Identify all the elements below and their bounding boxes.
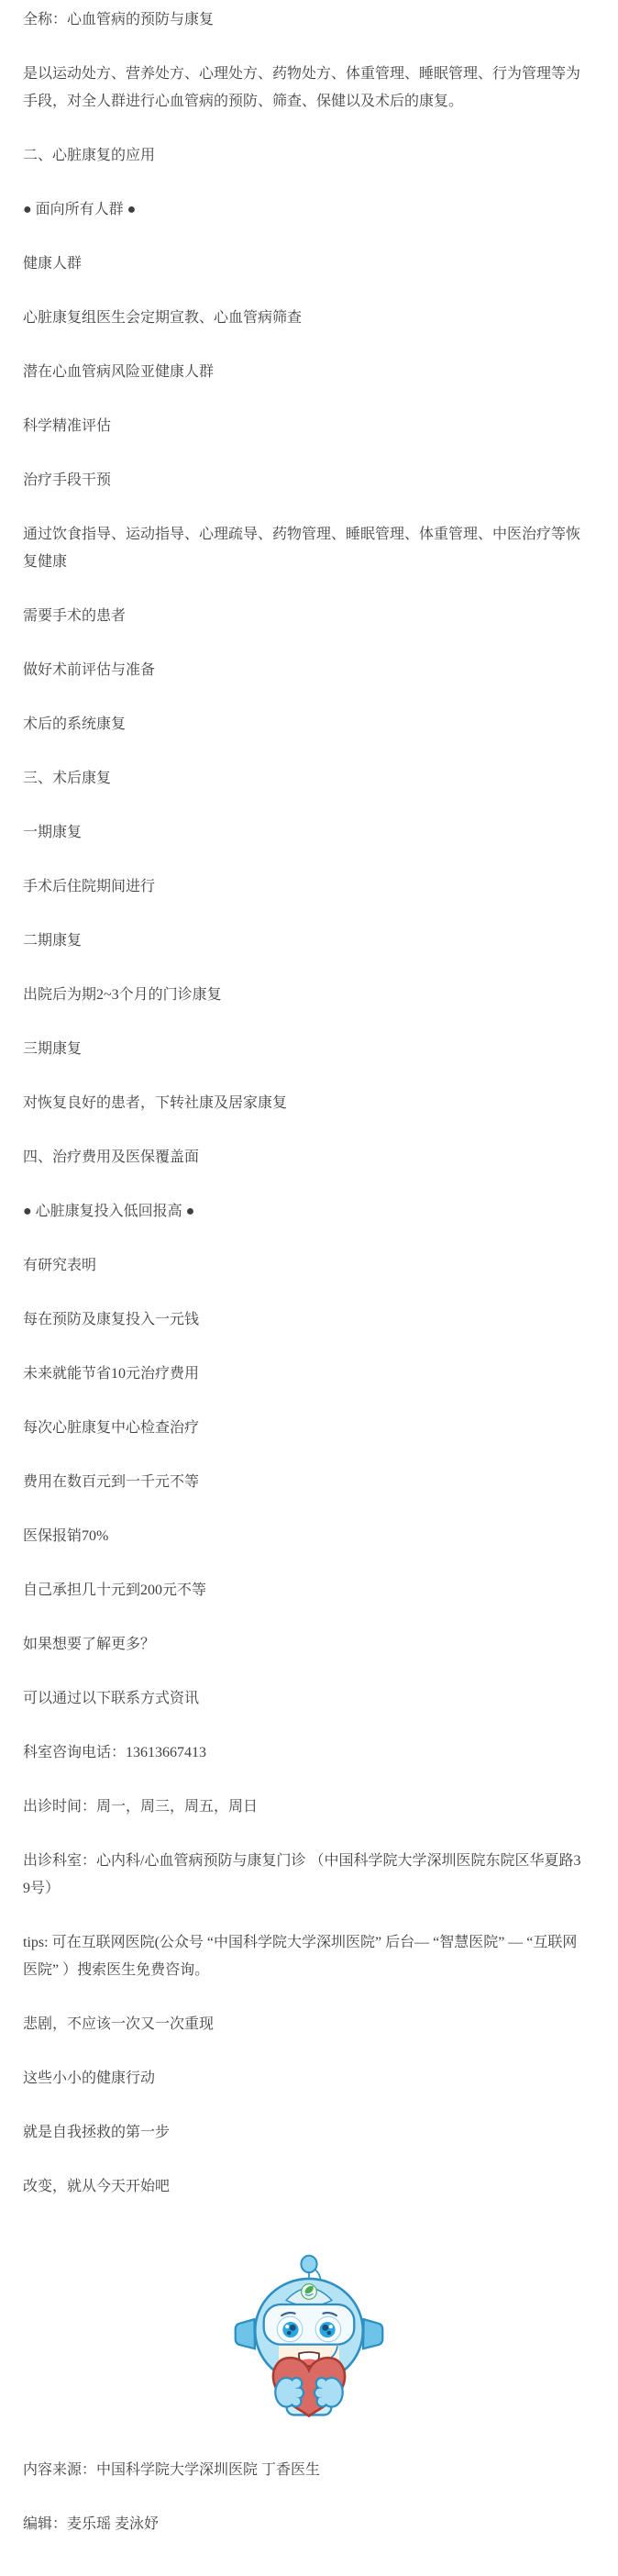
paragraph: 未来就能节省10元治疗费用 (23, 1360, 588, 1388)
paragraph: ● 面向所有人群 ● (23, 196, 588, 224)
paragraph: 治疗手段干预 (23, 467, 588, 494)
paragraph: 健康人群 (23, 250, 588, 278)
paragraph: 全称：心血管病的预防与康复 (23, 6, 588, 34)
paragraph: 三、术后康复 (23, 765, 588, 793)
paragraph: 每次心脏康复中心检查治疗 (23, 1415, 588, 1442)
paragraph: 术后的系统康复 (23, 711, 588, 738)
paragraph: 悲剧，不应该一次又一次重现 (23, 2011, 588, 2038)
paragraph: 出诊科室：心内科/心血管病预防与康复门诊 （中国科学院大学深圳医院东院区华夏路3… (23, 1848, 588, 1903)
footer-line: 编辑：麦乐瑶 麦泳妤 (23, 2511, 588, 2538)
paragraph: 通过饮食指导、运动指导、心理疏导、药物管理、睡眠管理、体重管理、中医治疗等恢复健… (23, 521, 588, 576)
paragraph: 出院后为期2~3个月的门诊康复 (23, 982, 588, 1009)
article-footer: 内容来源：中国科学院大学深圳医院 丁香医生编辑：麦乐瑶 麦泳妤 (0, 2457, 588, 2538)
robot-left-ear (236, 2319, 255, 2348)
paragraph: 心脏康复组医生会定期宣教、心血管病筛查 (23, 305, 588, 332)
paragraph: 费用在数百元到一千元不等 (23, 1469, 588, 1496)
robot-heart-illustration (230, 2248, 388, 2417)
robot-left-hand (275, 2378, 303, 2407)
robot-antenna (301, 2256, 316, 2272)
paragraph: 就是自我拯救的第一步 (23, 2119, 588, 2147)
paragraph: 科学精准评估 (23, 413, 588, 440)
paragraph: ● 心脏康复投入低回报高 ● (23, 1198, 588, 1226)
footer-line: 内容来源：中国科学院大学深圳医院 丁香医生 (23, 2457, 588, 2484)
paragraph: 四、治疗费用及医保覆盖面 (23, 1144, 588, 1171)
paragraph: 对恢复良好的患者，下转社康及居家康复 (23, 1090, 588, 1117)
paragraph: 出诊时间：周一，周三，周五，周日 (23, 1793, 588, 1821)
mascot-figure (0, 2248, 618, 2422)
article-body: 全称：心血管病的预防与康复是以运动处方、营养处方、心理处方、药物处方、体重管理、… (0, 0, 588, 2201)
paragraph: 有研究表明 (23, 1252, 588, 1280)
paragraph: 二期康复 (23, 927, 588, 955)
robot-right-ear (363, 2319, 382, 2348)
article-page: 全称：心血管病的预防与康复是以运动处方、营养处方、心理处方、药物处方、体重管理、… (0, 0, 618, 2538)
paragraph: 自己承担几十元到200元不等 (23, 1577, 588, 1604)
paragraph: 医保报销70% (23, 1523, 588, 1550)
robot-right-hand (315, 2378, 343, 2407)
paragraph: 这些小小的健康行动 (23, 2065, 588, 2093)
paragraph: 二、心脏康复的应用 (23, 142, 588, 170)
paragraph: 是以运动处方、营养处方、心理处方、药物处方、体重管理、睡眠管理、行为管理等为手段… (23, 61, 588, 116)
paragraph: 改变，就从今天开始吧 (23, 2173, 588, 2201)
paragraph: 可以通过以下联系方式资讯 (23, 1685, 588, 1713)
paragraph: tips: 可在互联网医院(公众号 “中国科学院大学深圳医院” 后台— “智慧医… (23, 1929, 588, 1984)
paragraph: 需要手术的患者 (23, 603, 588, 630)
paragraph: 如果想要了解更多？ (23, 1631, 588, 1659)
paragraph: 三期康复 (23, 1036, 588, 1063)
paragraph: 每在预防及康复投入一元钱 (23, 1306, 588, 1334)
paragraph: 潜在心血管病风险亚健康人群 (23, 359, 588, 386)
paragraph: 做好术前评估与准备 (23, 657, 588, 684)
paragraph: 一期康复 (23, 819, 588, 847)
paragraph: 科室咨询电话：13613667413 (23, 1739, 588, 1767)
paragraph: 手术后住院期间进行 (23, 873, 588, 901)
